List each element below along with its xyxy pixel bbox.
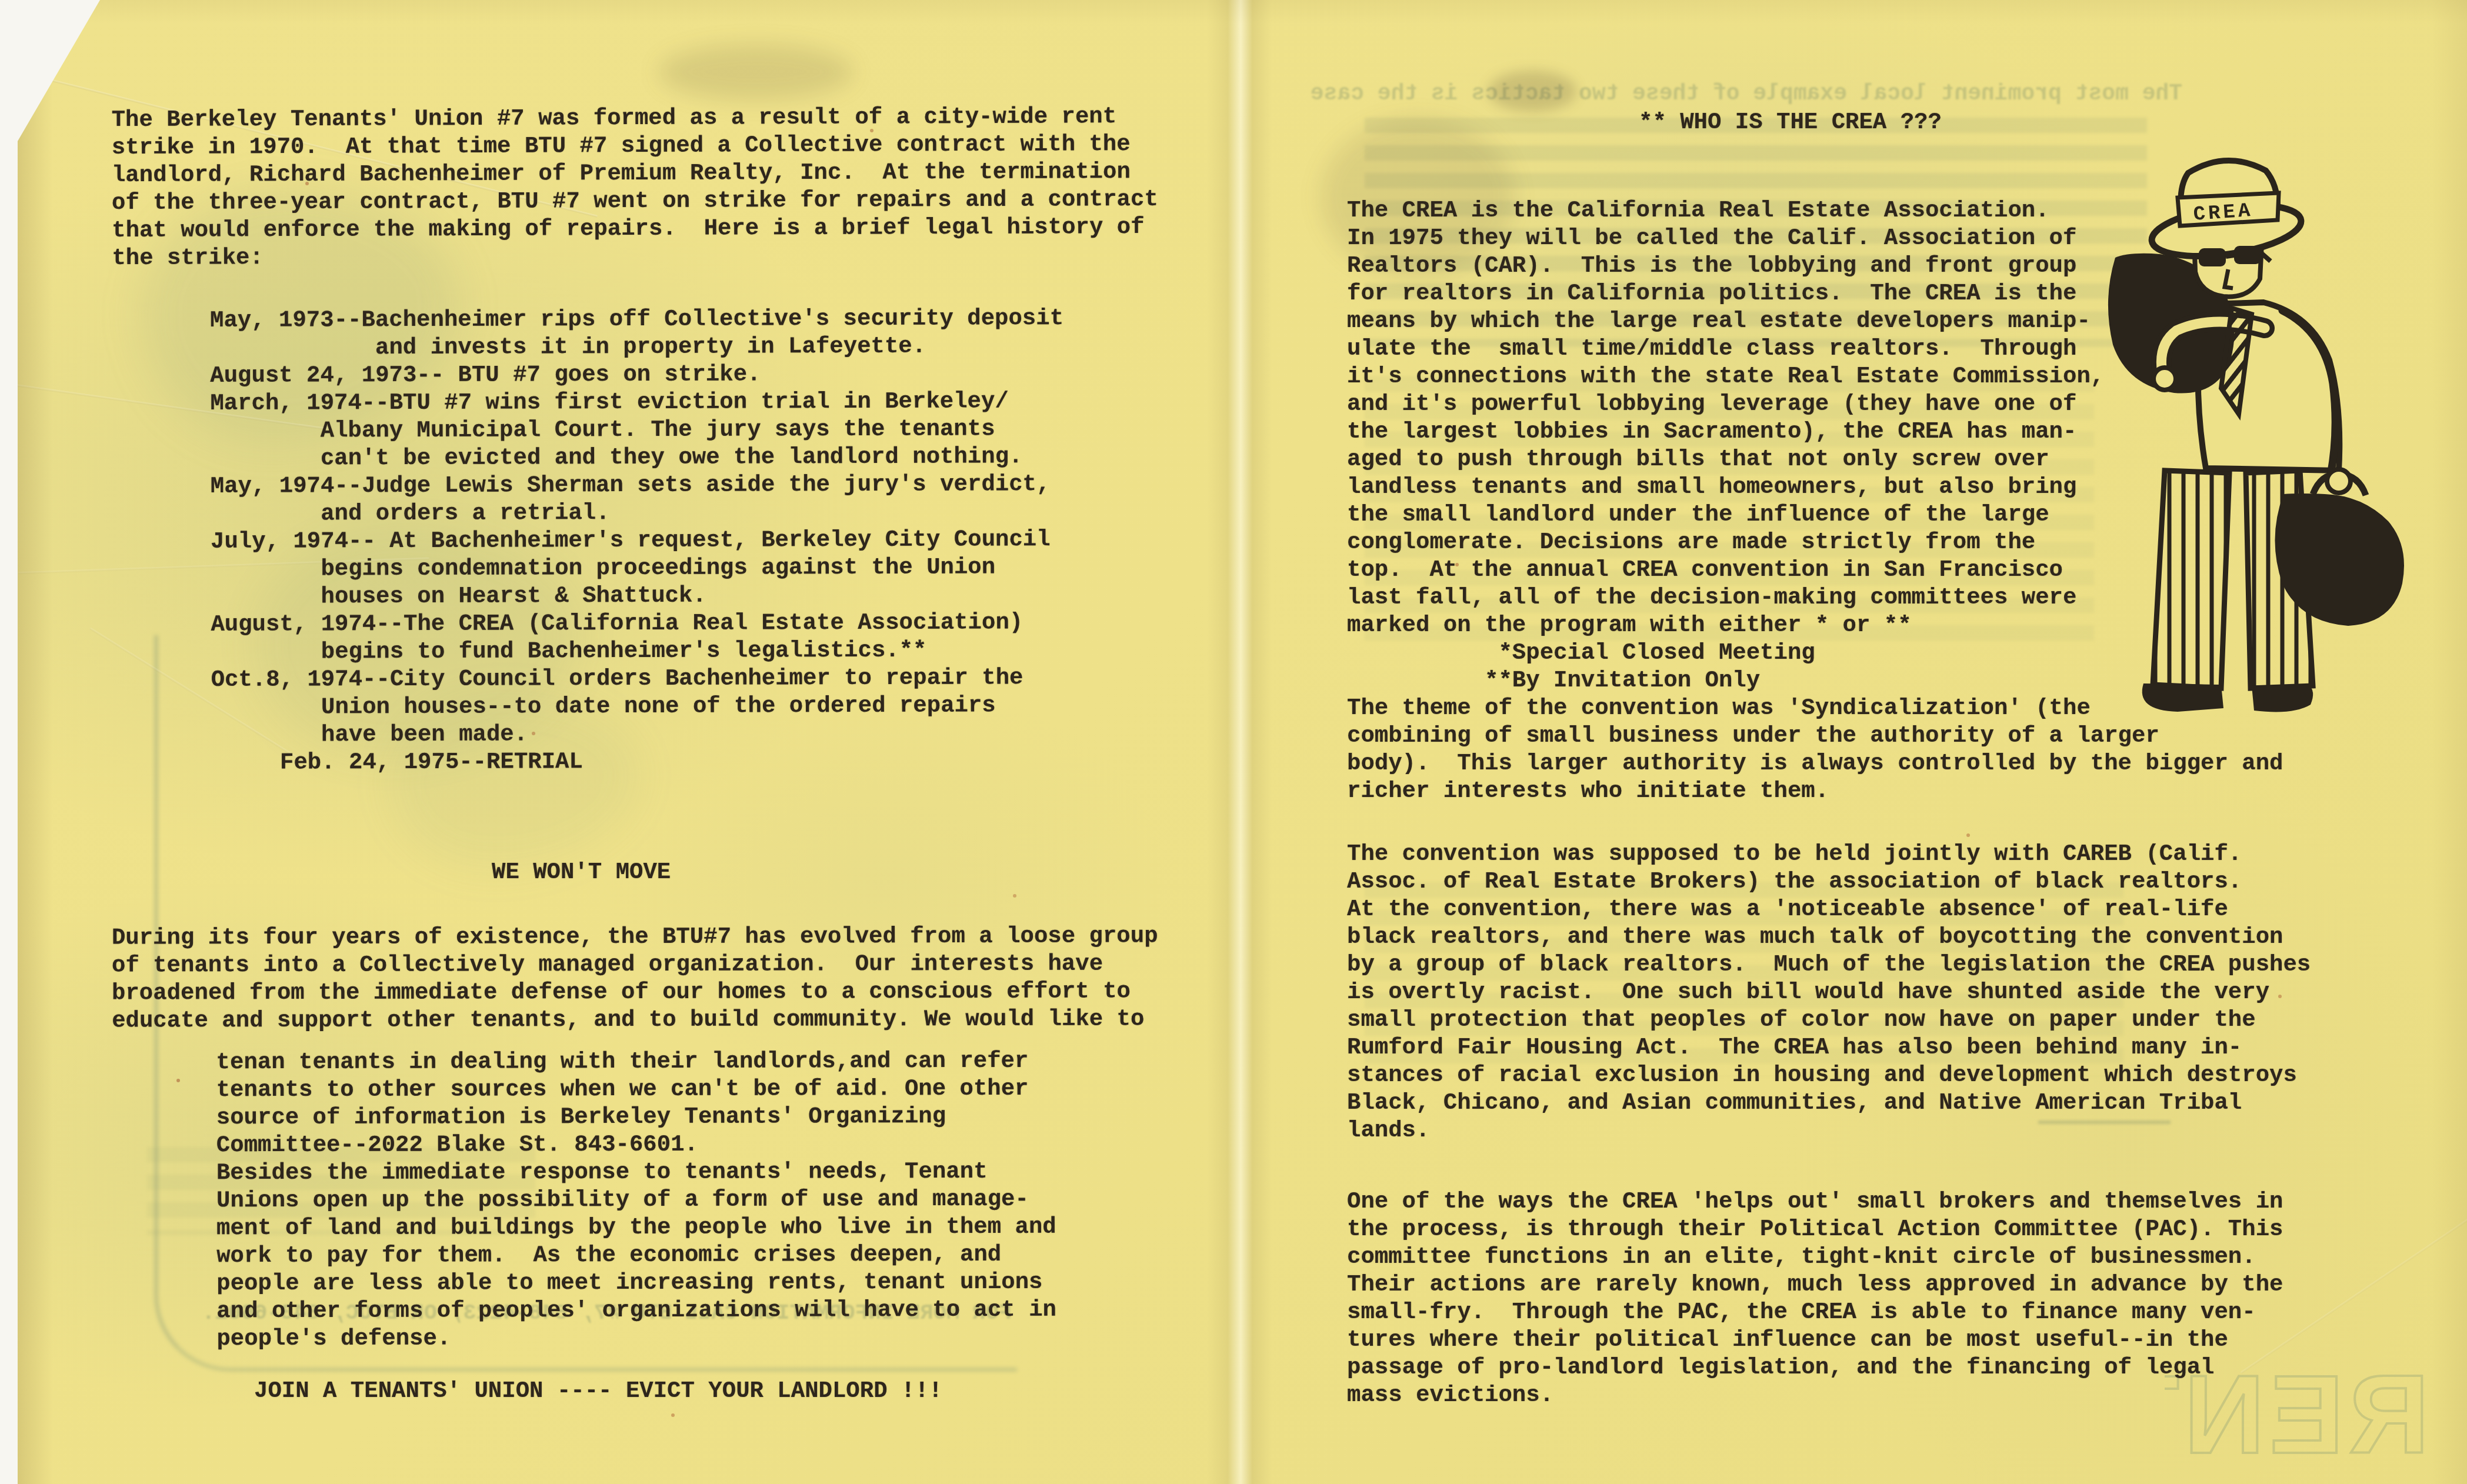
center-fold-crease xyxy=(1207,0,1272,1484)
crea-man-illustration: CREA xyxy=(2106,148,2423,725)
hand xyxy=(2153,368,2176,390)
sunglasses-lens xyxy=(2199,248,2226,266)
slogan-line: JOIN A TENANTS' UNION ---- EVICT YOUR LA… xyxy=(254,1378,942,1405)
shoe xyxy=(2252,685,2313,712)
body-indented-paragraph: tenan tenants in dealing with their land… xyxy=(216,1048,1057,1353)
crea-paragraph-3: One of the ways the CREA 'helps out' sma… xyxy=(1347,1188,2283,1409)
intro-paragraph: The Berkeley Tenants' Union #7 was forme… xyxy=(112,103,1159,272)
paper-speckles xyxy=(0,0,2,2)
we-wont-move-heading: WE WON'T MOVE xyxy=(492,859,671,886)
smudge-top-center xyxy=(659,44,853,100)
striped-trousers xyxy=(2153,471,2229,688)
scanned-flyer: The most prominent local example of thes… xyxy=(0,0,2467,1484)
sunglasses-bridge xyxy=(2226,255,2234,256)
crea-heading: ** WHO IS THE CREA ??? xyxy=(1639,109,1942,136)
hand xyxy=(2327,469,2351,493)
sunglasses-lens xyxy=(2234,246,2261,264)
ghost-mirrored-line-top: The most prominent local example of thes… xyxy=(1265,81,2182,106)
hat-label: CREA xyxy=(2193,200,2254,226)
legal-history-timeline: May, 1973--Bachenheimer rips off Collect… xyxy=(210,305,1065,777)
paper-sheet: The most prominent local example of thes… xyxy=(0,0,2467,1484)
shoe xyxy=(2142,683,2223,712)
body-paragraph: During its four years of existence, the … xyxy=(112,922,1158,1035)
crea-paragraph-2: The convention was supposed to be held j… xyxy=(1347,841,2311,1145)
